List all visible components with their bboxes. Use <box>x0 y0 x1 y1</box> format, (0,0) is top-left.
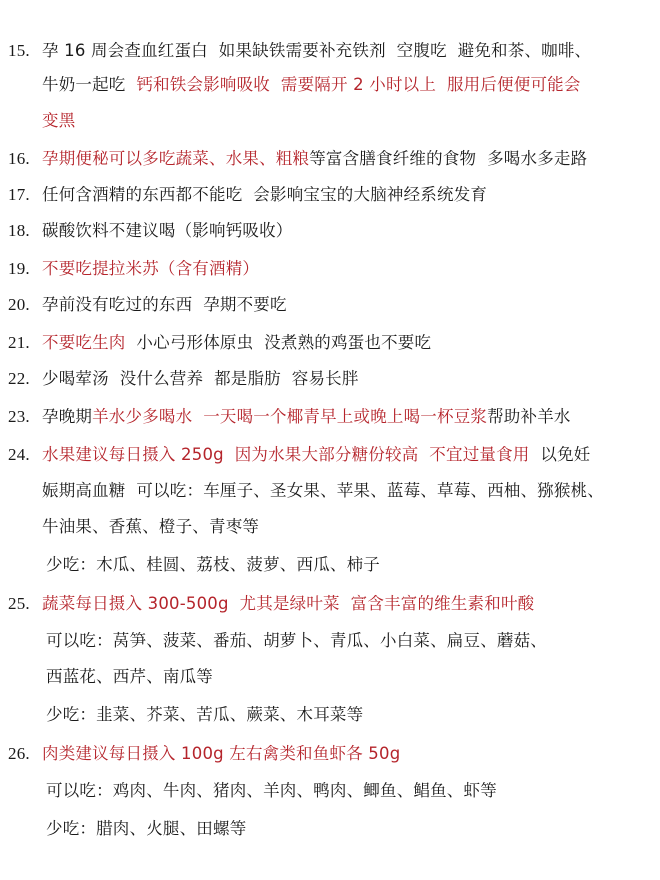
item-text: 碳酸饮料不建议喝（影响钙吸收） <box>42 216 293 246</box>
item-number: 21. <box>8 328 44 358</box>
item-text: 少吃：韭菜、芥菜、苦瓜、蕨菜、木耳菜等 <box>46 700 363 730</box>
item-text: 变黑 <box>42 106 75 136</box>
highlighted-text: 蔬菜每日摄入 300-500g 尤其是绿叶菜 富含丰富的维生素和叶酸 <box>42 594 534 613</box>
item-text: 不要吃生肉 小心弓形体原虫 没煮熟的鸡蛋也不要吃 <box>42 328 431 358</box>
body-text: 以免妊 <box>530 445 591 464</box>
item-text: 娠期高血糖 可以吃：车厘子、圣女果、苹果、蓝莓、草莓、西柚、猕猴桃、 <box>42 476 604 506</box>
item-text: 牛油果、香蕉、橙子、青枣等 <box>42 512 259 542</box>
item-number: 24. <box>8 440 44 470</box>
highlighted-text: 羊水少多喝水 一天喝一个椰青早上或晚上喝一杯豆浆 <box>92 407 487 426</box>
item-number: 17. <box>8 180 44 210</box>
body-text: 少吃：韭菜、芥菜、苦瓜、蕨菜、木耳菜等 <box>46 705 363 724</box>
item-number: 20. <box>8 290 44 320</box>
item-text: 蔬菜每日摄入 300-500g 尤其是绿叶菜 富含丰富的维生素和叶酸 <box>42 589 534 619</box>
item-text: 水果建议每日摄入 250g 因为水果大部分糖份较高 不宜过量食用 以免妊 <box>42 440 591 470</box>
body-text: 可以吃：鸡肉、牛肉、猪肉、羊肉、鸭肉、鲫鱼、鲳鱼、虾等 <box>46 781 497 800</box>
item-number: 15. <box>8 36 44 66</box>
item-text: 少吃：木瓜、桂圆、荔枝、菠萝、西瓜、柿子 <box>46 550 380 580</box>
body-text: 可以吃：莴笋、菠菜、番茄、胡萝卜、青瓜、小白菜、扁豆、蘑菇、 <box>46 631 547 650</box>
highlighted-text: 不要吃生肉 <box>42 333 126 352</box>
item-text: 孕 16 周会查血红蛋白 如果缺铁需要补充铁剂 空腹吃 避免和茶、咖啡、 <box>42 36 591 66</box>
item-number: 22. <box>8 364 44 394</box>
item-text: 孕期便秘可以多吃蔬菜、水果、粗粮等富含膳食纤维的食物 多喝水多走路 <box>42 144 587 174</box>
highlighted-text: 钙和铁会影响吸收 需要隔开 2 小时以上 服用后便便可能会 <box>136 75 580 94</box>
item-number: 25. <box>8 589 44 619</box>
item-text: 孕晚期羊水少多喝水 一天喝一个椰青早上或晚上喝一杯豆浆帮助补羊水 <box>42 402 571 432</box>
item-text: 可以吃：鸡肉、牛肉、猪肉、羊肉、鸭肉、鲫鱼、鲳鱼、虾等 <box>46 776 497 806</box>
body-text: 少吃：木瓜、桂圆、荔枝、菠萝、西瓜、柿子 <box>46 555 380 574</box>
item-text: 孕前没有吃过的东西 孕期不要吃 <box>42 290 287 320</box>
body-text: 孕 16 周会查血红蛋白 如果缺铁需要补充铁剂 空腹吃 避免和茶、咖啡、 <box>42 41 591 60</box>
item-text: 少喝荤汤 没什么营养 都是脂肪 容易长胖 <box>42 364 359 394</box>
body-text: 西蓝花、西芹、南瓜等 <box>46 667 213 686</box>
body-text: 少喝荤汤 没什么营养 都是脂肪 容易长胖 <box>42 369 359 388</box>
body-text: 任何含酒精的东西都不能吃 会影响宝宝的大脑神经系统发育 <box>42 185 487 204</box>
item-number: 18. <box>8 216 44 246</box>
highlighted-text: 水果建议每日摄入 250g 因为水果大部分糖份较高 不宜过量食用 <box>42 445 530 464</box>
highlighted-text: 孕期便秘可以多吃蔬菜、水果、粗粮 <box>42 149 309 168</box>
item-text: 可以吃：莴笋、菠菜、番茄、胡萝卜、青瓜、小白菜、扁豆、蘑菇、 <box>46 626 547 656</box>
highlighted-text: 变黑 <box>42 111 75 130</box>
item-number: 26. <box>8 739 44 769</box>
body-text: 牛油果、香蕉、橙子、青枣等 <box>42 517 259 536</box>
highlighted-text: 不要吃提拉米苏（含有酒精） <box>42 259 259 278</box>
body-text: 碳酸饮料不建议喝（影响钙吸收） <box>42 221 293 240</box>
item-number: 16. <box>8 144 44 174</box>
body-text: 孕前没有吃过的东西 孕期不要吃 <box>42 295 287 314</box>
item-number: 23. <box>8 402 44 432</box>
item-number: 19. <box>8 254 44 284</box>
body-text: 等富含膳食纤维的食物 多喝水多走路 <box>309 149 587 168</box>
highlighted-text: 肉类建议每日摄入 100g 左右禽类和鱼虾各 50g <box>42 744 400 763</box>
body-text: 孕晚期 <box>42 407 92 426</box>
item-text: 少吃：腊肉、火腿、田螺等 <box>46 814 246 844</box>
body-text: 帮助补羊水 <box>487 407 571 426</box>
item-text: 任何含酒精的东西都不能吃 会影响宝宝的大脑神经系统发育 <box>42 180 487 210</box>
item-text: 西蓝花、西芹、南瓜等 <box>46 662 213 692</box>
item-text: 不要吃提拉米苏（含有酒精） <box>42 254 259 284</box>
body-text: 娠期高血糖 可以吃：车厘子、圣女果、苹果、蓝莓、草莓、西柚、猕猴桃、 <box>42 481 604 500</box>
body-text: 小心弓形体原虫 没煮熟的鸡蛋也不要吃 <box>126 333 432 352</box>
item-text: 肉类建议每日摄入 100g 左右禽类和鱼虾各 50g <box>42 739 400 769</box>
pregnancy-diet-tips-document: 15.孕 16 周会查血红蛋白 如果缺铁需要补充铁剂 空腹吃 避免和茶、咖啡、牛… <box>0 0 660 880</box>
body-text: 牛奶一起吃 <box>42 75 136 94</box>
body-text: 少吃：腊肉、火腿、田螺等 <box>46 819 246 838</box>
item-text: 牛奶一起吃 钙和铁会影响吸收 需要隔开 2 小时以上 服用后便便可能会 <box>42 70 581 100</box>
